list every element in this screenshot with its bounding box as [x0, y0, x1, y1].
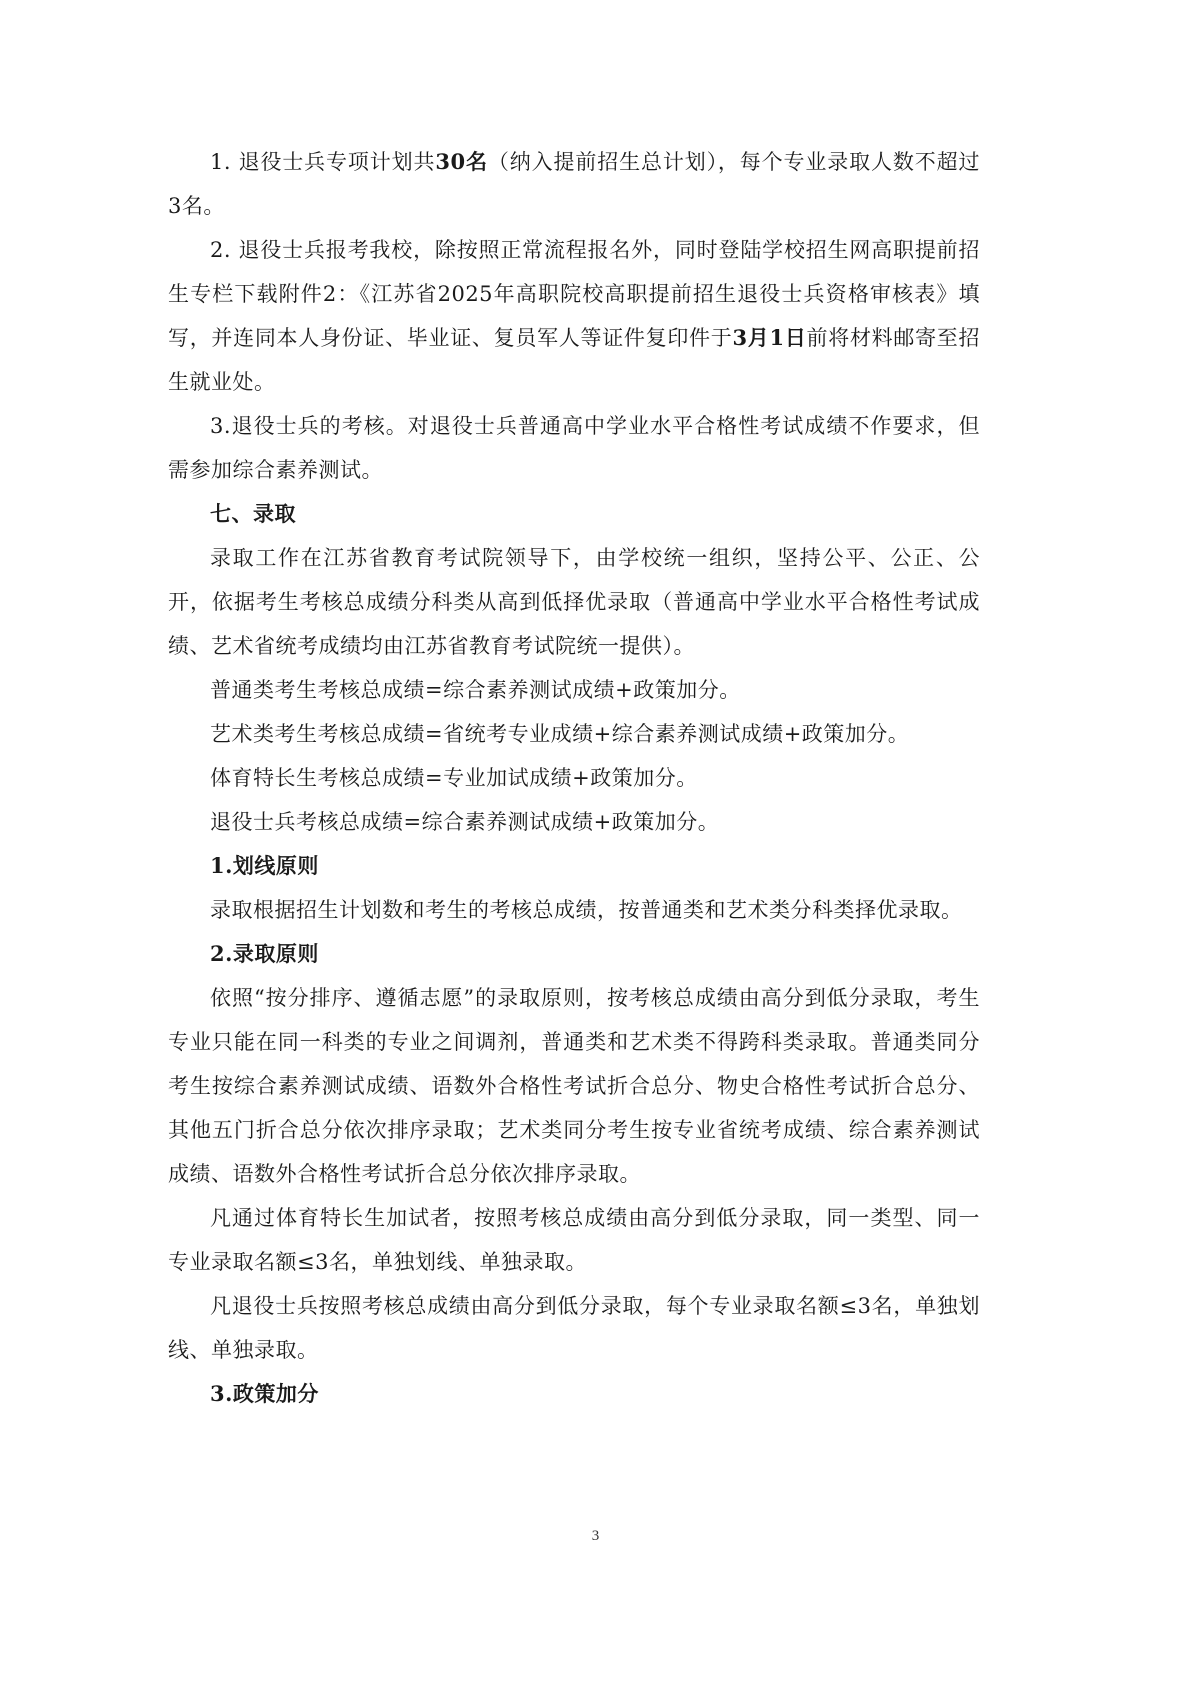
paragraph-veteran-assessment: 3.退役士兵的考核。对退役士兵普通高中学业水平合格性考试成绩不作要求，但需参加综… — [168, 404, 980, 492]
paragraph-admission-overview: 录取工作在江苏省教育考试院领导下，由学校统一组织，坚持公平、公正、公开，依据考生… — [168, 536, 980, 668]
bold-quota: 30名 — [435, 149, 487, 174]
text-run: 1. 退役士兵专项计划共 — [210, 150, 435, 174]
heading-text: 2.录取原则 — [210, 941, 319, 966]
formula-sports: 体育特长生考核总成绩=专业加试成绩+政策加分。 — [168, 756, 980, 800]
paragraph-veteran-admission: 凡退役士兵按照考核总成绩由高分到低分录取，每个专业录取名额≤3名，单独划线、单独… — [168, 1284, 980, 1372]
paragraph-sports-admission: 凡通过体育特长生加试者，按照考核总成绩由高分到低分录取，同一类型、同一专业录取名… — [168, 1196, 980, 1284]
text-run: 退役士兵考核总成绩=综合素养测试成绩+政策加分。 — [210, 810, 719, 834]
paragraph-veteran-registration: 2. 退役士兵报考我校，除按照正常流程报名外，同时登陆学校招生网高职提前招生专栏… — [168, 228, 980, 404]
heading-text: 1.划线原则 — [210, 853, 319, 878]
formula-art: 艺术类考生考核总成绩=省统考专业成绩+综合素养测试成绩+政策加分。 — [168, 712, 980, 756]
text-run: 凡通过体育特长生加试者，按照考核总成绩由高分到低分录取，同一类型、同一专业录取名… — [168, 1206, 980, 1274]
heading-text: 3.政策加分 — [210, 1381, 319, 1406]
paragraph-veteran-quota: 1. 退役士兵专项计划共30名（纳入提前招生总计划），每个专业录取人数不超过3名… — [168, 140, 980, 228]
formula-general: 普通类考生考核总成绩=综合素养测试成绩+政策加分。 — [168, 668, 980, 712]
bold-deadline: 3月1日 — [732, 325, 806, 350]
paragraph-cutoff: 录取根据招生计划数和考生的考核总成绩，按普通类和艺术类分科类择优录取。 — [168, 888, 980, 932]
page-number: 3 — [0, 1528, 1191, 1545]
text-run: 录取根据招生计划数和考生的考核总成绩，按普通类和艺术类分科类择优录取。 — [210, 898, 963, 922]
text-run: 体育特长生考核总成绩=专业加试成绩+政策加分。 — [210, 766, 698, 790]
text-run: 依照“按分排序、遵循志愿”的录取原则，按考核总成绩由高分到低分录取，考生专业只能… — [168, 986, 980, 1186]
subheading-policy-bonus: 3.政策加分 — [168, 1372, 980, 1416]
text-run: 录取工作在江苏省教育考试院领导下，由学校统一组织，坚持公平、公正、公开，依据考生… — [168, 546, 980, 658]
text-run: 普通类考生考核总成绩=综合素养测试成绩+政策加分。 — [210, 678, 741, 702]
heading-text: 七、录取 — [210, 501, 296, 526]
document-page: 1. 退役士兵专项计划共30名（纳入提前招生总计划），每个专业录取人数不超过3名… — [168, 140, 980, 1416]
paragraph-admission-principle: 依照“按分排序、遵循志愿”的录取原则，按考核总成绩由高分到低分录取，考生专业只能… — [168, 976, 980, 1196]
text-run: 凡退役士兵按照考核总成绩由高分到低分录取，每个专业录取名额≤3名，单独划线、单独… — [168, 1294, 980, 1362]
text-run: 3.退役士兵的考核。对退役士兵普通高中学业水平合格性考试成绩不作要求，但需参加综… — [168, 414, 980, 482]
formula-veteran: 退役士兵考核总成绩=综合素养测试成绩+政策加分。 — [168, 800, 980, 844]
text-run: 艺术类考生考核总成绩=省统考专业成绩+综合素养测试成绩+政策加分。 — [210, 722, 909, 746]
subheading-admission-principle: 2.录取原则 — [168, 932, 980, 976]
section-heading-admission: 七、录取 — [168, 492, 980, 536]
subheading-cutoff-principle: 1.划线原则 — [168, 844, 980, 888]
